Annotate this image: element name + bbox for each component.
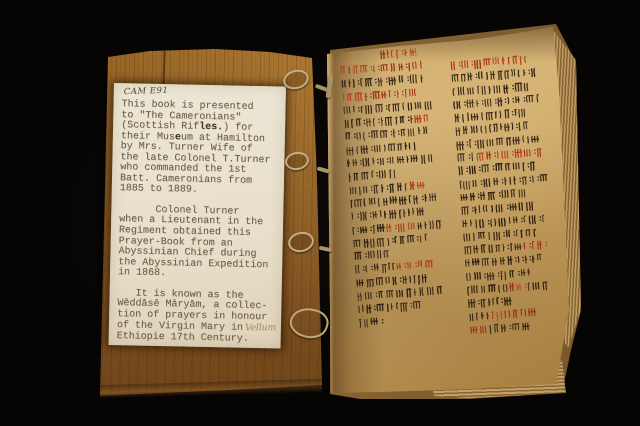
label-paragraph: This book is presentedto "The Cameronian…: [120, 100, 278, 198]
presentation-label: CAM E91 This book is presentedto "The Ca…: [109, 83, 286, 349]
typed-label-text: This book is presentedto "The Cameronian…: [117, 100, 278, 346]
label-paragraph: Colonel Turnerwhen a Lieutenant in theRe…: [118, 205, 276, 282]
handwritten-vellum-note: Vellum: [245, 323, 276, 334]
label-text-segment: 1885 to 1889.: [120, 184, 198, 197]
label-text-segment: Ethiopie 17th Century.: [117, 331, 249, 345]
label-text-segment: in 1868.: [118, 267, 166, 279]
handwritten-accession-mark: CAM E91: [124, 82, 278, 97]
photo-stage: CAM E91 This book is presentedto "The Ca…: [0, 0, 640, 426]
page-header-rubric: [380, 44, 421, 59]
label-line: 1885 to 1889.: [120, 185, 276, 199]
manuscript-column-left: [340, 57, 453, 329]
label-paragraph: It is known as theWĕddāsē Māryām, a coll…: [117, 289, 274, 346]
manuscript-column-right: [450, 51, 566, 337]
